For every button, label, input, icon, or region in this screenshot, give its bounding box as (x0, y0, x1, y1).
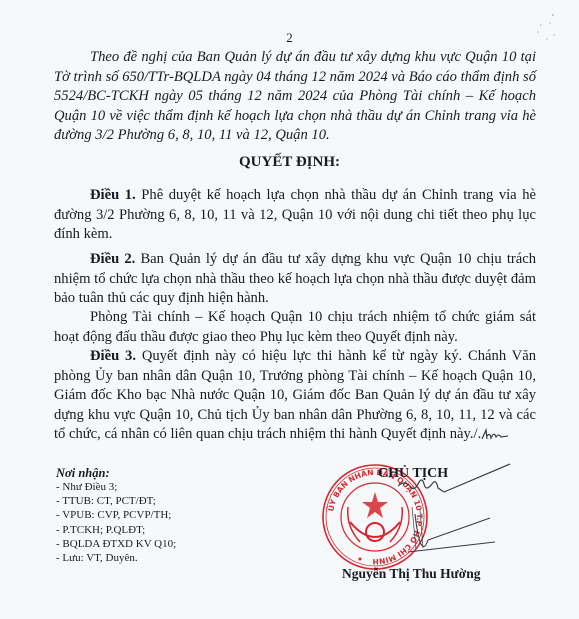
recipient-item: - Như Điều 3; (56, 480, 176, 494)
recipients-block: Nơi nhận: - Như Điều 3; - TTUB: CT, PCT/… (56, 466, 176, 565)
article-2: Điều 2. Ban Quản lý dự án đầu tư xây dựn… (54, 250, 536, 309)
recipient-item: - P.TCKH; P.QLĐT; (56, 523, 176, 537)
page-number: 2 (0, 30, 579, 46)
article-2-label: Điều 2. (90, 251, 135, 267)
article-2-supplement-text: Phòng Tài chính – Kế hoạch Quận 10 chịu … (54, 309, 536, 345)
article-3: Điều 3. Quyết định này có hiệu lực thi h… (54, 347, 536, 445)
recipient-item: - Lưu: VT, Duyên. (56, 551, 176, 565)
recipient-item: - TTUB: CT, PCT/ĐT; (56, 494, 176, 508)
preamble-paragraph: Theo đề nghị của Ban Quản lý dự án đầu t… (54, 48, 536, 146)
article-1-label: Điều 1. (90, 187, 136, 203)
article-1: Điều 1. Phê duyệt kế hoạch lựa chọn nhà … (54, 186, 536, 245)
article-2-supplement: Phòng Tài chính – Kế hoạch Quận 10 chịu … (54, 308, 536, 347)
document-page: 2 Theo đề nghị của Ban Quản lý dự án đầu… (0, 0, 579, 619)
initials-mark (481, 428, 509, 440)
article-3-label: Điều 3. (90, 348, 136, 364)
signature-block: ỦY BAN NHÂN DÂN QUẬN 10 T.P. HỒ CHÍ MINH… (320, 462, 570, 612)
decision-heading: QUYẾT ĐỊNH: (0, 154, 579, 171)
recipient-item: - BQLDA ĐTXD KV Q10; (56, 537, 176, 551)
recipient-item: - VPUB: CVP, PCVP/TH; (56, 508, 176, 522)
recipients-title: Nơi nhận: (56, 466, 176, 480)
preamble-text: Theo đề nghị của Ban Quản lý dự án đầu t… (54, 49, 536, 143)
handwritten-signature (320, 462, 570, 582)
